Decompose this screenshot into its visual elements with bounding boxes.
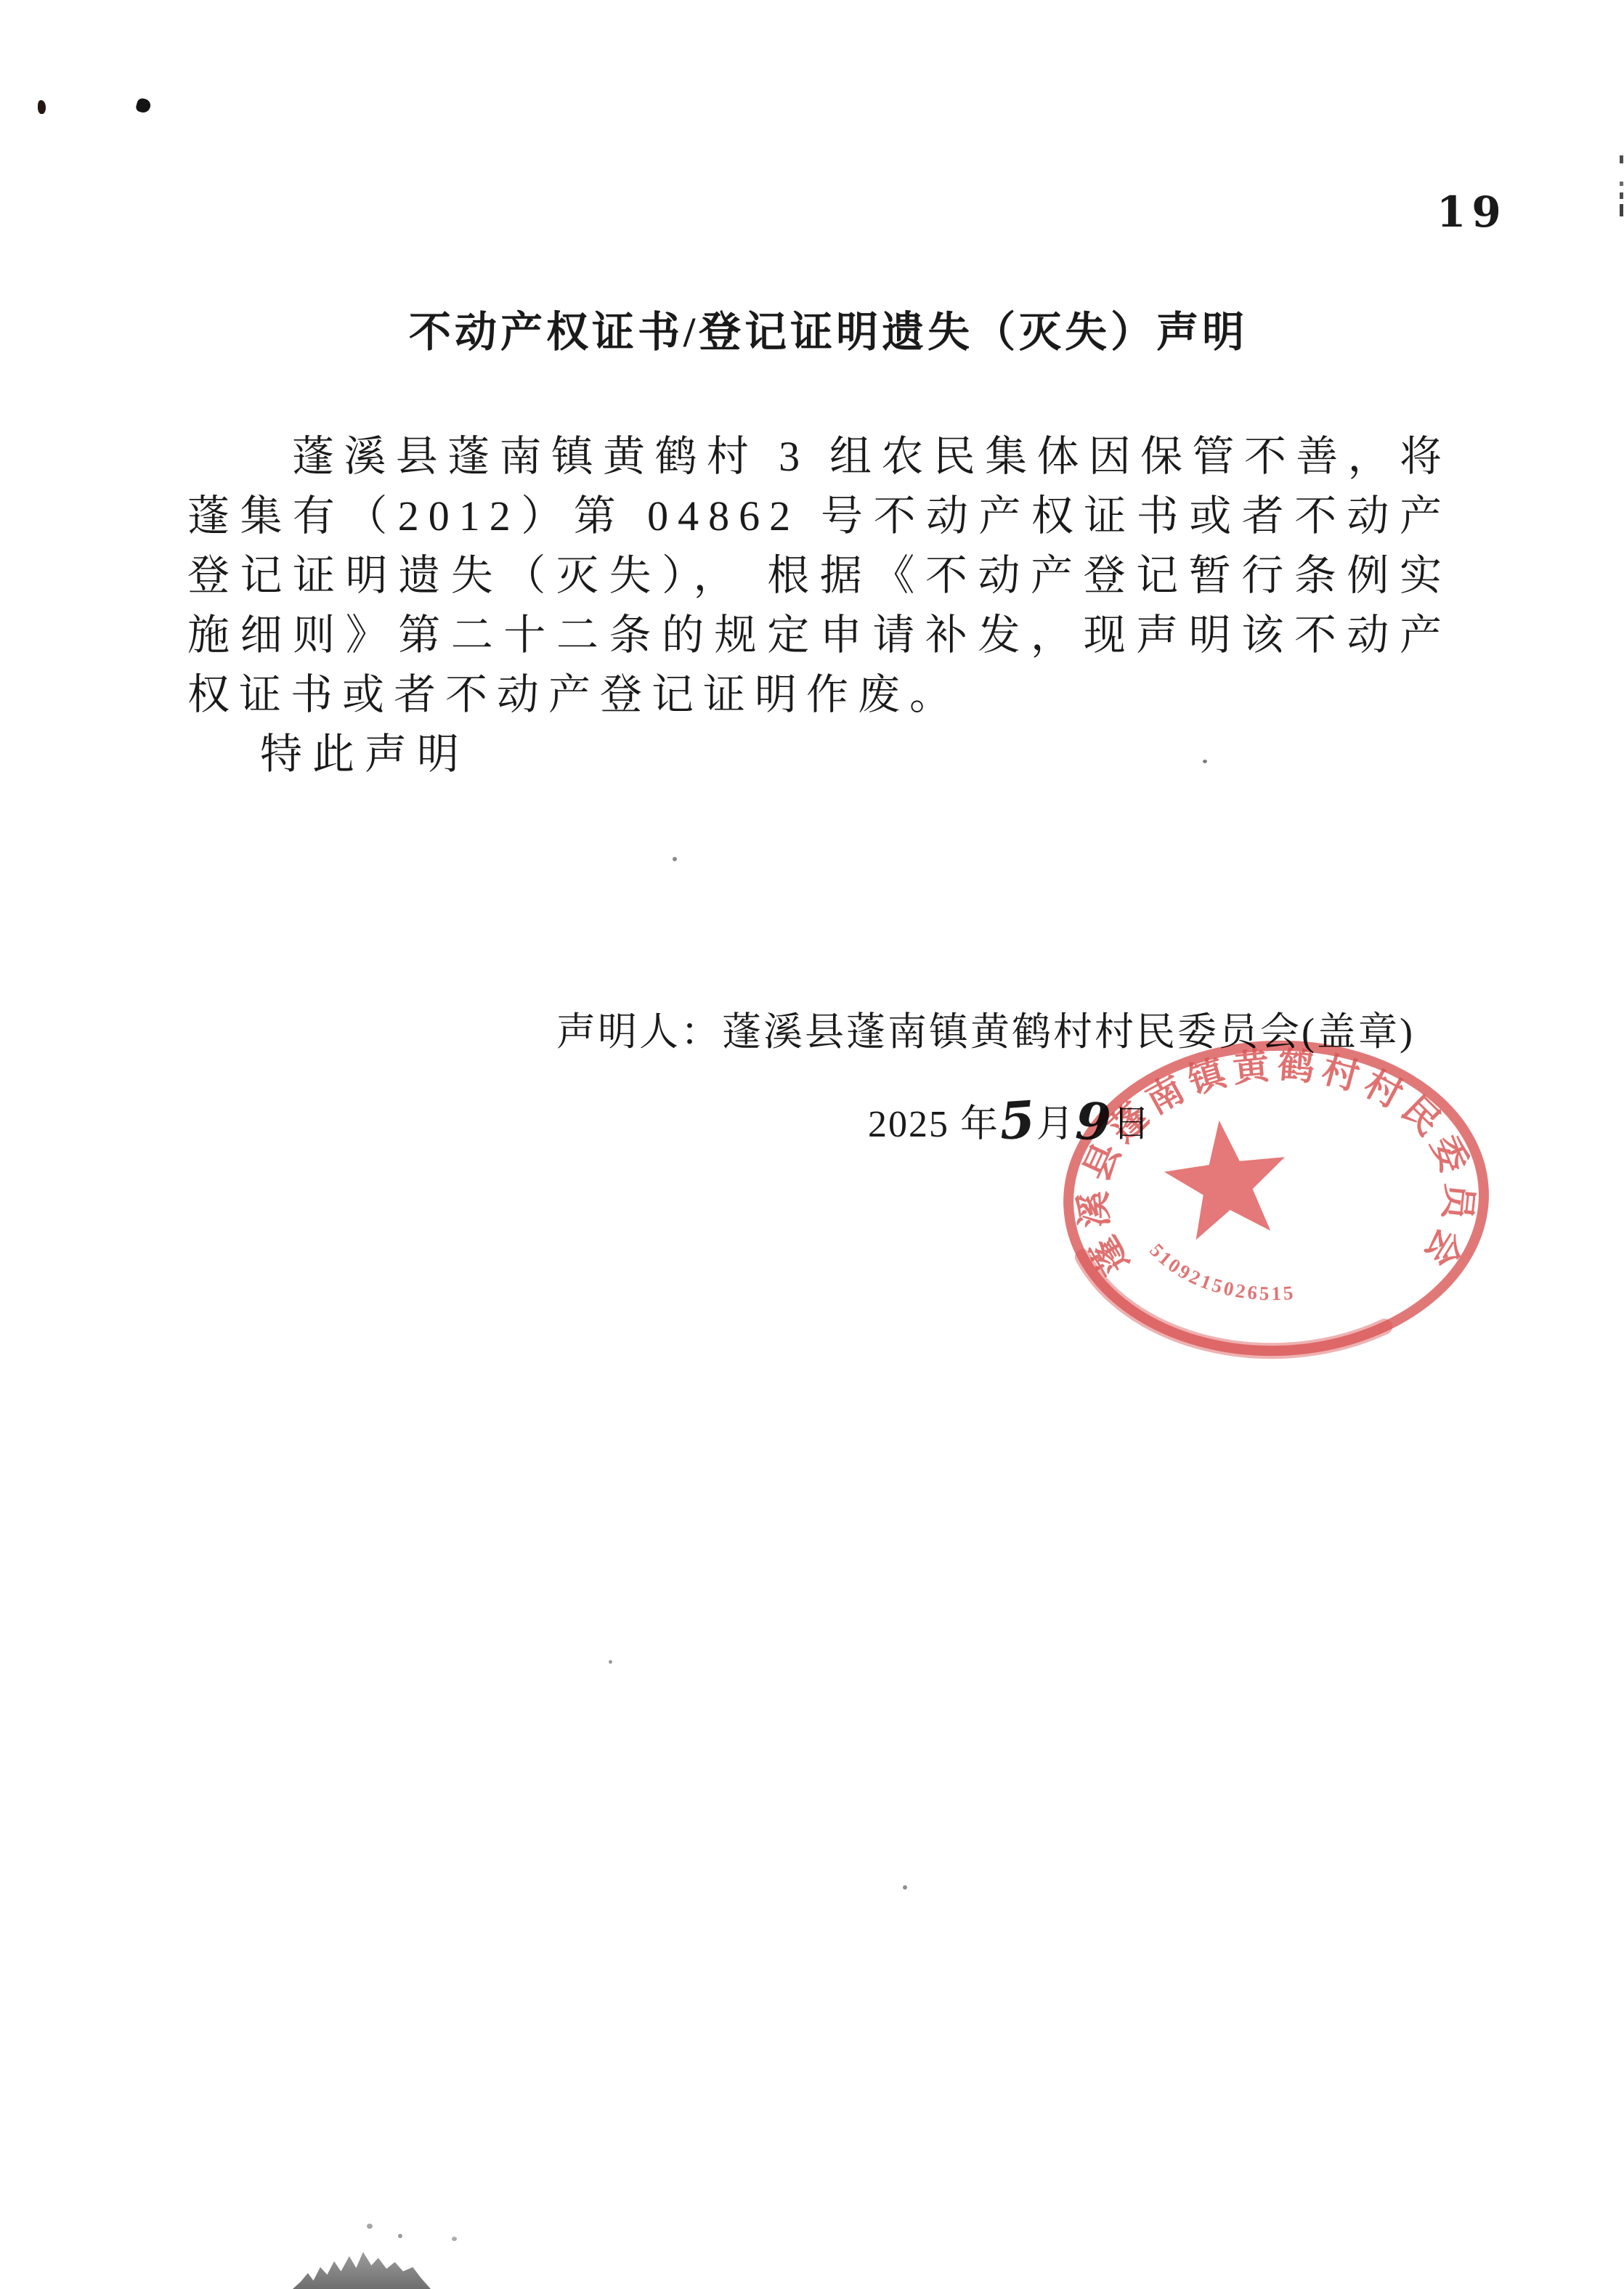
svg-text:5109215026515: 5109215026515 <box>1145 1235 1296 1309</box>
body-line: 登记证明遗失（灭失）， 根据《不动产登记暂行条例实 <box>187 546 1451 606</box>
scan-speck <box>673 857 677 861</box>
date-year: 2025 年 <box>868 1104 999 1145</box>
document-title: 不动产权证书/登记证明遗失（灭失）声明 <box>409 298 1248 359</box>
scan-speck <box>609 1660 612 1664</box>
scan-speck <box>1203 760 1207 763</box>
date-month-handwritten: 5 <box>998 1100 1037 1140</box>
scanned-declaration-page: { "page_number": "19", "title": "不动产权证书/… <box>0 0 1624 2289</box>
official-seal: 蓬溪县蓬南镇黄鹤村村民委员会 5109215026515 <box>1049 1022 1505 1373</box>
scan-speck <box>452 2237 457 2241</box>
scan-speck <box>903 1885 907 1890</box>
page-number: 19 <box>1437 187 1507 237</box>
scan-smudge <box>293 2247 431 2289</box>
scan-edge-mark <box>1620 192 1623 199</box>
seal-code: 5109215026515 <box>1145 1235 1296 1309</box>
body-paragraph: 蓬溪县蓬南镇黄鹤村 3 组农民集体因保管不善，将 蓬集有（2012）第 0486… <box>187 427 1451 784</box>
body-line: 蓬溪县蓬南镇黄鹤村 3 组农民集体因保管不善，将 <box>187 427 1451 487</box>
body-line: 权证书或者不动产登记证明作废。 <box>187 665 1451 725</box>
closing-line: 特此声明 <box>187 725 1451 784</box>
scan-edge-mark <box>1620 155 1623 163</box>
scan-edge-mark <box>1620 204 1623 216</box>
scan-edge-mark <box>1620 182 1623 186</box>
seal-star-icon <box>1159 1113 1294 1243</box>
body-line: 蓬集有（2012）第 04862 号不动产权证书或者不动产 <box>187 487 1451 546</box>
scan-speck <box>38 100 46 114</box>
scan-speck <box>398 2234 402 2238</box>
body-line: 施细则》第二十二条的规定申请补发，现声明该不动产 <box>187 606 1451 665</box>
scan-speck <box>135 97 152 114</box>
scan-speck <box>367 2224 373 2229</box>
